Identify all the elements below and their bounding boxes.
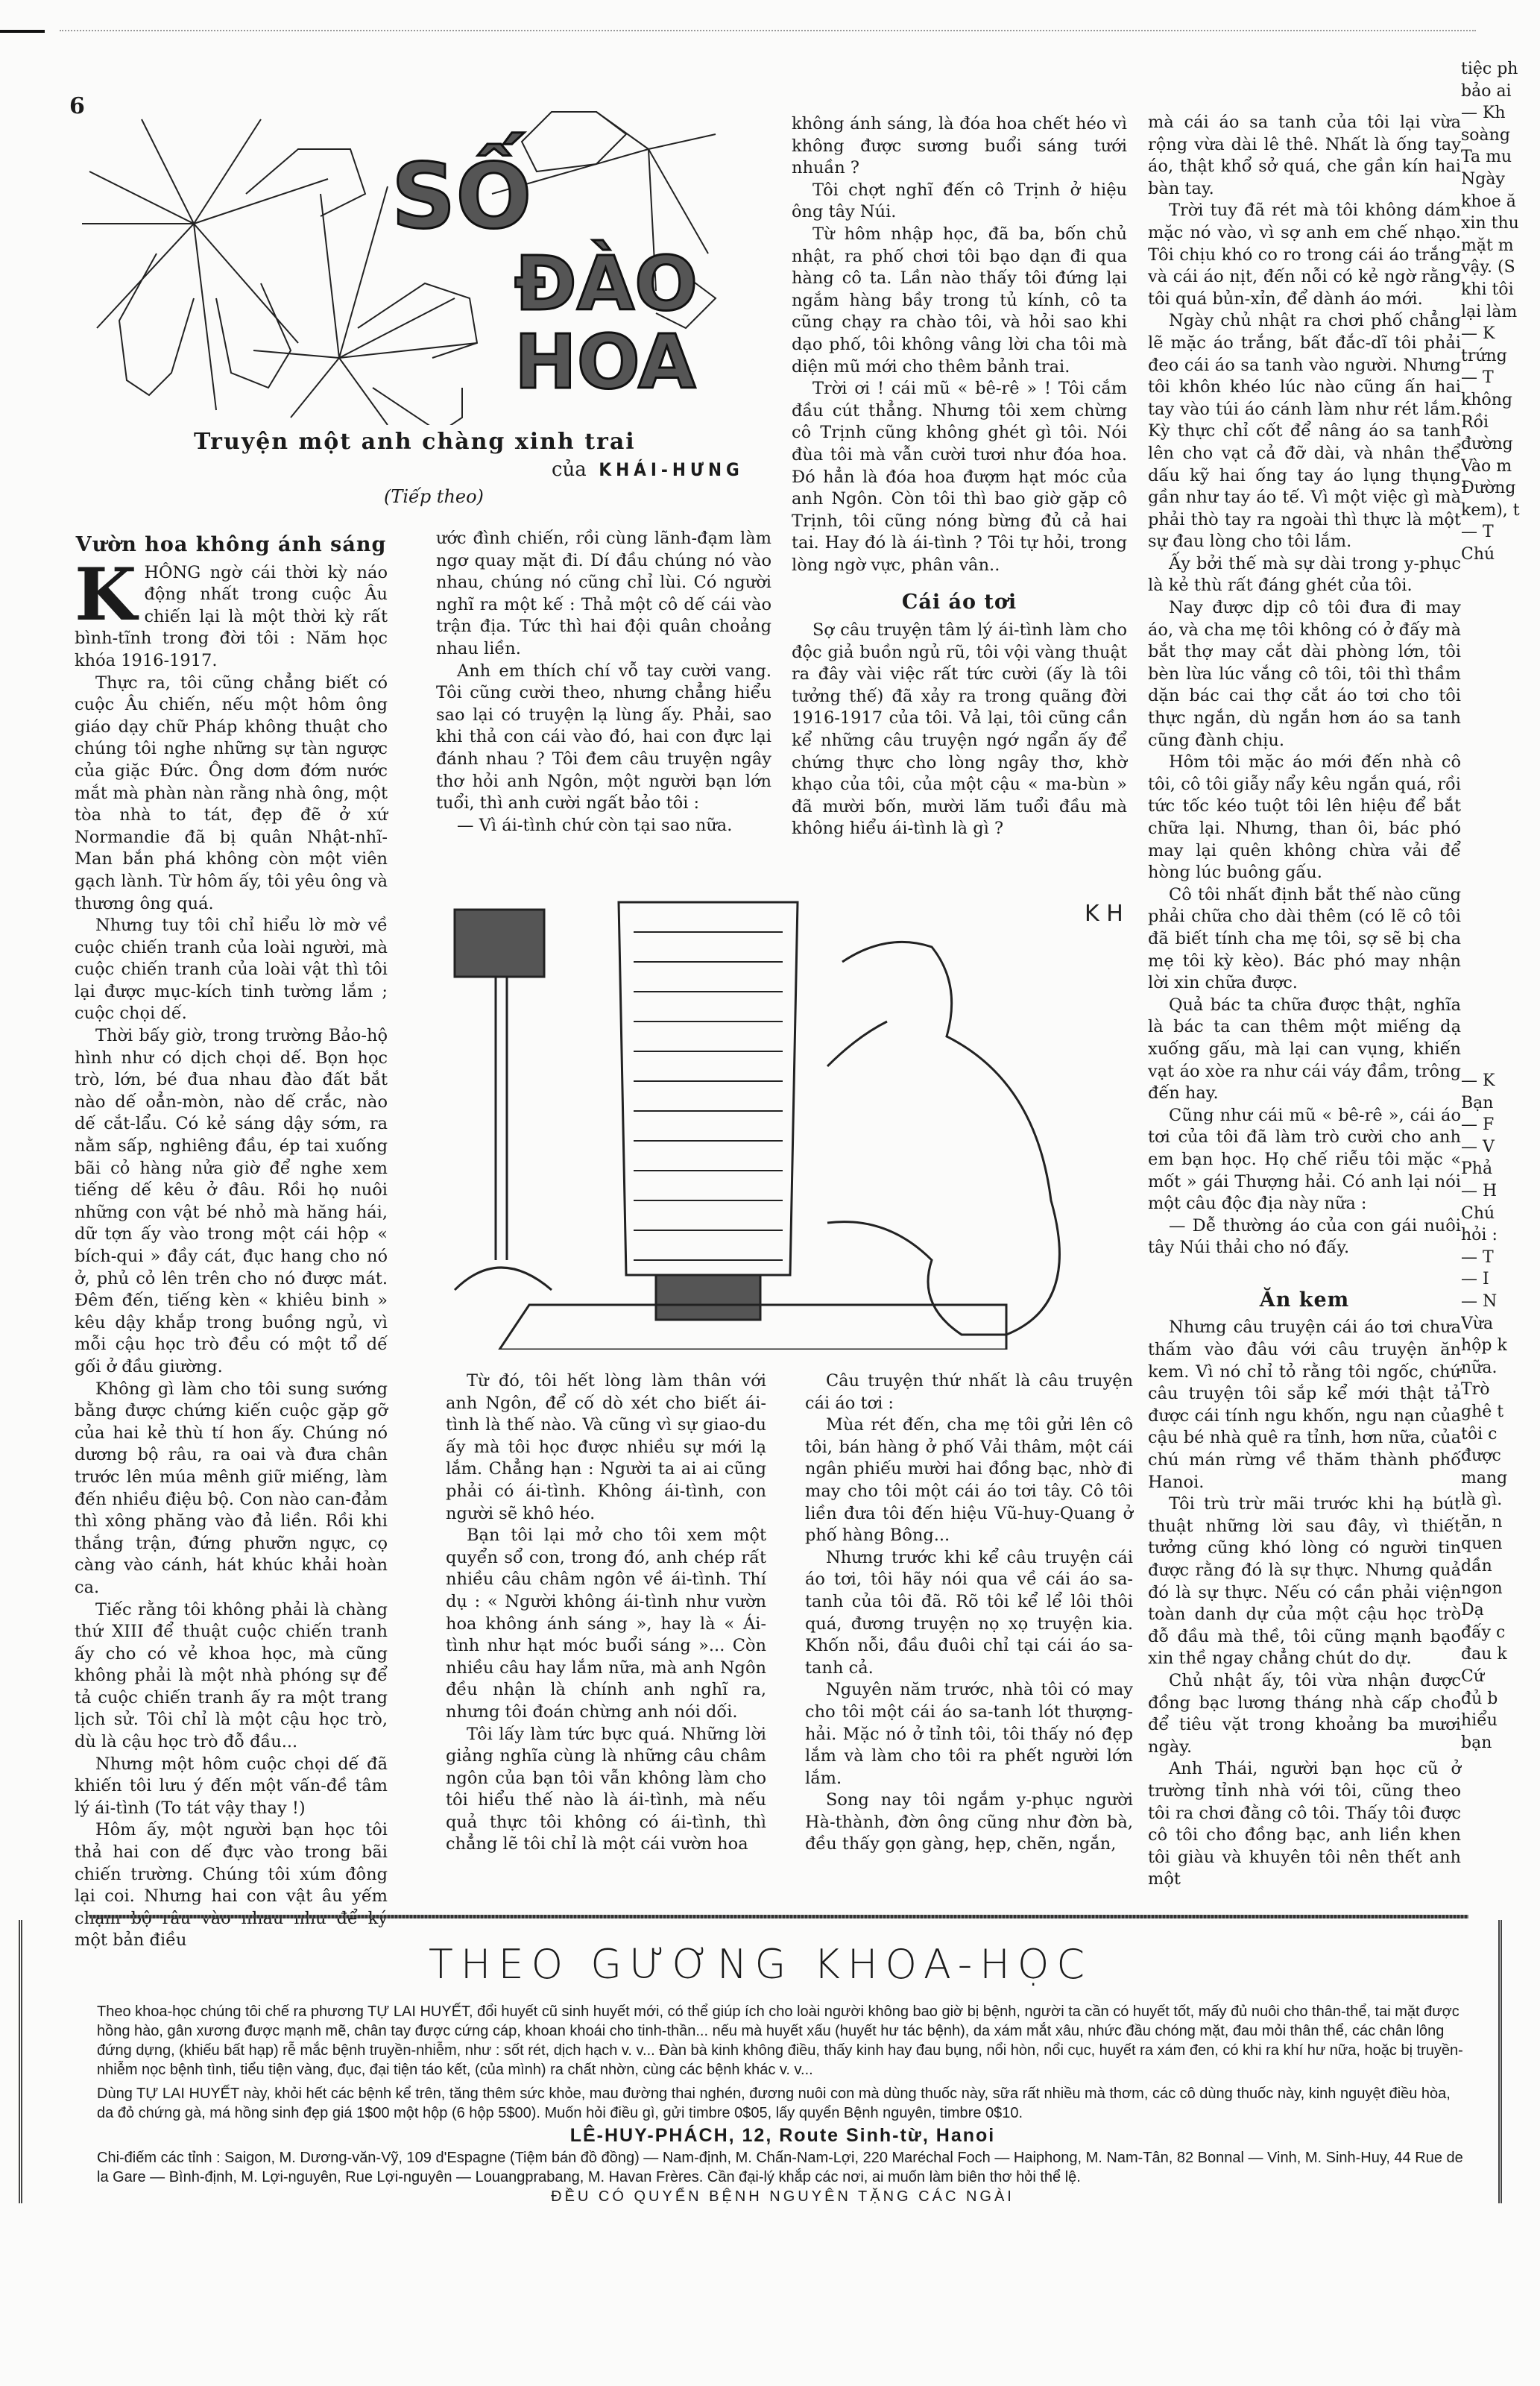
paragraph: Nay được dịp cô tôi đưa đi may áo, và ch… xyxy=(1148,597,1461,752)
edge-column-mid: — KBạn— F— VPhả— HChúhỏi :— T— I— NVừahộ… xyxy=(1461,1070,1540,1754)
title-flower-graphic: SỐ ĐÀO HOA xyxy=(75,104,723,425)
edge-line: Vào m xyxy=(1461,456,1540,478)
paragraph: Song nay tôi ngắm y-phục người Hà-thành,… xyxy=(805,1789,1133,1856)
paragraph: — Dễ thường áo của con gái nuôi tây Núi … xyxy=(1148,1215,1461,1259)
flower-icon xyxy=(82,119,365,410)
column-3-top: không ánh sáng, là đóa hoa chết héo vì k… xyxy=(792,113,1127,840)
edge-line: bảo ai xyxy=(1461,81,1540,103)
paragraph: Sợ câu truyện tâm lý ái-tình làm cho độc… xyxy=(792,620,1127,840)
ad-paragraph: Dùng TỰ LAI HUYẾT này, khỏi hết các bệnh… xyxy=(97,2084,1468,2123)
paragraph: Nhưng tuy tôi chỉ hiểu lờ mờ về cuộc chi… xyxy=(75,915,388,1025)
top-rule xyxy=(0,30,45,33)
paragraph: Trời ơi ! cái mũ « bê-rê » ! Tôi cắm đầu… xyxy=(792,378,1127,576)
edge-line: tiệc ph xyxy=(1461,58,1540,81)
edge-line: Ngày xyxy=(1461,169,1540,191)
svg-text:HOA: HOA xyxy=(514,318,695,406)
paragraph: Không gì làm cho tôi sung sướng bằng đượ… xyxy=(75,1379,388,1599)
paragraph: Nhưng trước khi kể câu truyện cái áo tơi… xyxy=(805,1547,1133,1680)
paragraph: Tiếc rằng tôi không phải là chàng thứ XI… xyxy=(75,1599,388,1754)
edge-line: Ta mu xyxy=(1461,146,1540,169)
edge-line: hỏi : xyxy=(1461,1224,1540,1247)
paragraph: Anh em thích chí vỗ tay cười vang. Tôi c… xyxy=(436,661,771,815)
edge-line: — F xyxy=(1461,1114,1540,1136)
paragraph: Ngày chủ nhật ra chơi phố chẳng lẽ mặc á… xyxy=(1148,310,1461,553)
edge-line: quen xyxy=(1461,1533,1540,1555)
ad-company: LÊ-HUY-PHÁCH, 12, Route Sinh-từ, Hanoi xyxy=(97,2126,1468,2145)
edge-line: đường xyxy=(1461,433,1540,456)
svg-text:SỐ: SỐ xyxy=(391,133,531,249)
edge-line: lại làm xyxy=(1461,301,1540,324)
edge-line: — K xyxy=(1461,323,1540,345)
edge-line: dần xyxy=(1461,1555,1540,1578)
edge-line: hộp k xyxy=(1461,1335,1540,1357)
edge-line: — T xyxy=(1461,521,1540,544)
paragraph: Câu truyện thứ nhất là câu truyện cái áo… xyxy=(805,1370,1133,1414)
advertisement-box: THEO GƯƠNG KHOA-HỌC Theo khoa-học chúng … xyxy=(19,1920,1502,2203)
edge-line: — N xyxy=(1461,1291,1540,1313)
edge-line: bạn xyxy=(1461,1732,1540,1754)
paragraph: Nhưng một hôm cuộc chọi dế đã khiến tôi … xyxy=(75,1754,388,1820)
edge-column-top: tiệc phbảo ai— KhsoàngTa muNgàykhoe ăxin… xyxy=(1461,58,1540,566)
paragraph: Anh Thái, người bạn học cũ ở trường tỉnh… xyxy=(1148,1758,1461,1891)
edge-line: tôi c xyxy=(1461,1423,1540,1446)
edge-line: Chú xyxy=(1461,1203,1540,1225)
ad-title: THEO GƯƠNG KHOA-HỌC xyxy=(22,1941,1498,1988)
section-heading: Cái áo tơi xyxy=(792,591,1127,614)
paragraph: Thực ra, tôi cũng chẳng biết có cuộc Âu … xyxy=(75,673,388,916)
edge-line: nữa. xyxy=(1461,1357,1540,1379)
paragraph: KHÔNG ngờ cái thời kỳ náo động nhất tron… xyxy=(75,562,388,673)
paragraph: Tôi chợt nghĩ đến cô Trịnh ở hiệu ông tâ… xyxy=(792,180,1127,224)
edge-line: — V xyxy=(1461,1136,1540,1159)
paragraph: Nguyên năm trước, nhà tôi có may cho tôi… xyxy=(805,1679,1133,1789)
paragraph: — Vì ái-tình chứ còn tại sao nữa. xyxy=(436,815,771,837)
paragraph: Tôi lấy làm tức bực quá. Những lời giảng… xyxy=(446,1724,766,1857)
paragraph: Nhưng câu truyện cái áo tơi chưa thấm và… xyxy=(1148,1317,1461,1493)
edge-line: kem), t xyxy=(1461,500,1540,522)
paragraph: Hôm tôi mặc áo mới đến nhà cô tôi, cô tô… xyxy=(1148,752,1461,884)
column-2-bottom: Từ đó, tôi hết lòng làm thân với anh Ngô… xyxy=(446,1370,766,1856)
edge-line: hiểu xyxy=(1461,1710,1540,1732)
ad-branches: Chi-điếm các tỉnh : Saigon, M. Dương-văn… xyxy=(97,2148,1468,2187)
paragraph: không ánh sáng, là đóa hoa chết héo vì k… xyxy=(792,113,1127,180)
edge-line: — T xyxy=(1461,1247,1540,1269)
column-1: Vườn hoa không ánh sáng KHÔNG ngờ cái th… xyxy=(75,529,388,1952)
edge-line: Trò xyxy=(1461,1379,1540,1401)
edge-line: khoe ă xyxy=(1461,191,1540,213)
edge-line: xin thu xyxy=(1461,213,1540,235)
edge-line: mặt m xyxy=(1461,235,1540,257)
story-subtitle: Truyện một anh chàng xinh trai xyxy=(194,429,636,455)
paragraph: Mùa rét đến, cha mẹ tôi gửi lên cô tôi, … xyxy=(805,1414,1133,1547)
edge-line: được xyxy=(1461,1445,1540,1467)
svg-text:ĐÀO: ĐÀO xyxy=(514,240,698,327)
edge-line: — H xyxy=(1461,1180,1540,1203)
ad-paragraph: Theo khoa-học chúng tôi chế ra phương TỰ… xyxy=(97,2002,1468,2080)
column-3-bottom: Câu truyện thứ nhất là câu truyện cái áo… xyxy=(805,1370,1133,1856)
edge-line: Phả xyxy=(1461,1158,1540,1180)
edge-line: là gì. xyxy=(1461,1489,1540,1511)
artist-signature: K H xyxy=(1085,901,1123,927)
edge-line: soàng xyxy=(1461,125,1540,147)
top-dotted-rule xyxy=(60,30,1476,31)
edge-line: Vừa xyxy=(1461,1313,1540,1335)
byline: của KHÁI-HƯNG xyxy=(552,459,744,481)
edge-line: ngon xyxy=(1461,1578,1540,1600)
paragraph: Từ hôm nhập học, đã ba, bốn chủ nhật, ra… xyxy=(792,224,1127,378)
column-4: mà cái áo sa tanh của tôi lại vừa rộng v… xyxy=(1148,112,1461,1891)
section-heading: Vườn hoa không ánh sáng xyxy=(75,534,388,556)
ad-top-rule xyxy=(89,1915,1468,1918)
ad-body: Theo khoa-học chúng tôi chế ra phương TỰ… xyxy=(97,2002,1468,2206)
edge-line: — T xyxy=(1461,367,1540,389)
edge-line: — K xyxy=(1461,1070,1540,1092)
paragraph: ước đình chiến, rồi cùng lãnh-đạm làm ng… xyxy=(436,528,771,661)
edge-line: — I xyxy=(1461,1268,1540,1291)
edge-line: Cứ xyxy=(1461,1666,1540,1688)
paragraph: Quả bác ta chữa được thật, nghĩa là bác … xyxy=(1148,995,1461,1105)
continued-note: (Tiếp theo) xyxy=(384,486,484,507)
edge-line: Dạ xyxy=(1461,1599,1540,1622)
paragraph: Chủ nhật ấy, tôi vừa nhận được đồng bạc … xyxy=(1148,1670,1461,1758)
tailor-illustration: K H xyxy=(440,887,1126,1350)
edge-line: đau k xyxy=(1461,1643,1540,1666)
edge-line: không xyxy=(1461,389,1540,412)
edge-line: đủ b xyxy=(1461,1688,1540,1710)
column-2-top: ước đình chiến, rồi cùng lãnh-đạm làm ng… xyxy=(436,528,771,837)
edge-line: ghê t xyxy=(1461,1401,1540,1423)
edge-line: Đường xyxy=(1461,477,1540,500)
drop-cap: K xyxy=(75,565,136,625)
edge-line: — Kh xyxy=(1461,102,1540,125)
edge-line: đấy c xyxy=(1461,1622,1540,1644)
paragraph: Tôi trù trừ mãi trước khi hạ bút thuật n… xyxy=(1148,1493,1461,1670)
paragraph: Cô tôi nhất định bắt thế nào cũng phải c… xyxy=(1148,884,1461,995)
edge-line: Chú xyxy=(1461,544,1540,566)
paragraph: mà cái áo sa tanh của tôi lại vừa rộng v… xyxy=(1148,112,1461,200)
edge-line: trứng xyxy=(1461,345,1540,368)
byline-prefix: của xyxy=(552,459,587,481)
edge-line: Rồi xyxy=(1461,412,1540,434)
edge-line: Bạn xyxy=(1461,1092,1540,1115)
edge-line: mang xyxy=(1461,1467,1540,1490)
paragraph: Bạn tôi lại mở cho tôi xem một quyển sổ … xyxy=(446,1525,766,1723)
paragraph: Ấy bởi thế mà sự dài trong y-phục là kẻ … xyxy=(1148,553,1461,597)
paragraph: Từ đó, tôi hết lòng làm thân với anh Ngô… xyxy=(446,1370,766,1525)
paragraph: Trời tuy đã rét mà tôi không dám mặc nó … xyxy=(1148,200,1461,310)
edge-line: vậy. (S xyxy=(1461,256,1540,279)
edge-line: khi tôi xyxy=(1461,279,1540,301)
section-heading: Ăn kem xyxy=(1148,1289,1461,1312)
ad-footer: ĐỀU CÓ QUYỂN BỆNH NGUYÊN TẶNG CÁC NGÀI xyxy=(97,2187,1468,2206)
edge-line: ăn, n xyxy=(1461,1511,1540,1534)
paragraph: Thời bấy giờ, trong trường Bảo-hộ hình n… xyxy=(75,1025,388,1379)
paragraph: Cũng như cái mũ « bê-rê », cái áo tơi củ… xyxy=(1148,1105,1461,1215)
author-name: KHÁI-HƯNG xyxy=(599,459,743,480)
